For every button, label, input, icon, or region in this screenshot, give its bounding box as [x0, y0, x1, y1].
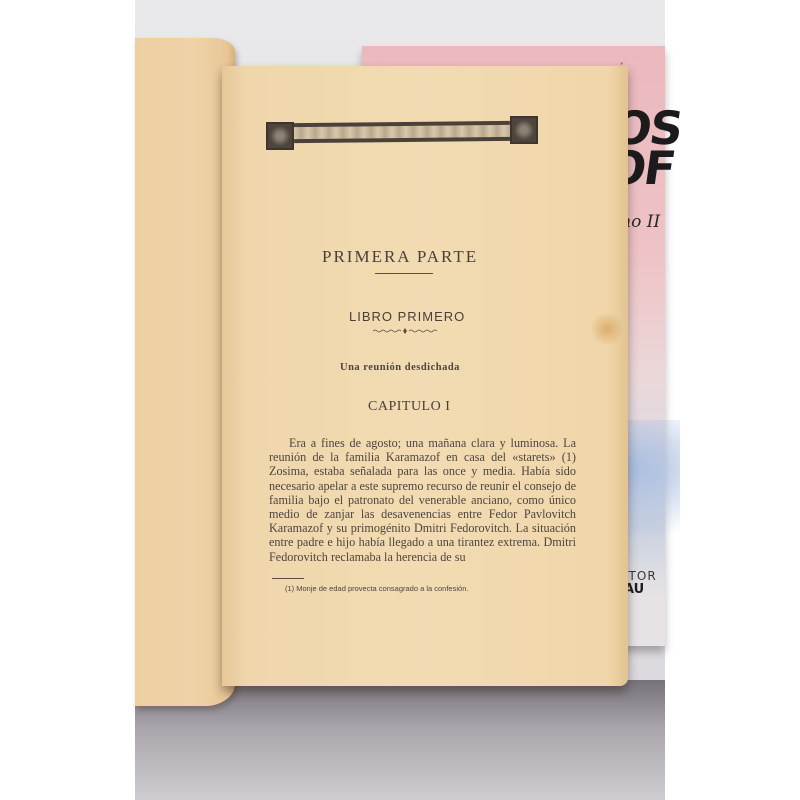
- background-left: [0, 0, 135, 800]
- foxing-stain: [590, 312, 624, 346]
- footnote: (1) Monje de edad provecta consagrado a …: [285, 584, 468, 593]
- ornament-right-block-icon: [510, 116, 538, 144]
- cover-publisher-line1: ITOR: [624, 569, 657, 583]
- body-paragraph: Era a fines de agosto; una mañana clara …: [269, 436, 576, 564]
- background-right: [665, 0, 800, 800]
- left-page-curled: [135, 38, 235, 706]
- book-heading: LIBRO PRIMERO: [349, 309, 465, 324]
- photo-scene: i OS OF mo II ITOR AU PRIMERA PARTE LIBR…: [0, 0, 800, 800]
- ornament-header-icon: [266, 119, 538, 149]
- chapter-heading: CAPITULO I: [368, 399, 450, 415]
- wavy-divider-icon: [373, 328, 437, 334]
- footnote-rule: [272, 578, 304, 579]
- body-text: Era a fines de agosto; una mañana clara …: [269, 436, 576, 564]
- divider-rule: [375, 273, 433, 274]
- section-title: Una reunión desdichada: [340, 362, 460, 373]
- right-page: [222, 66, 628, 686]
- ornament-bar-icon: [294, 121, 510, 143]
- ornament-left-block-icon: [266, 122, 294, 150]
- part-heading: PRIMERA PARTE: [322, 247, 478, 267]
